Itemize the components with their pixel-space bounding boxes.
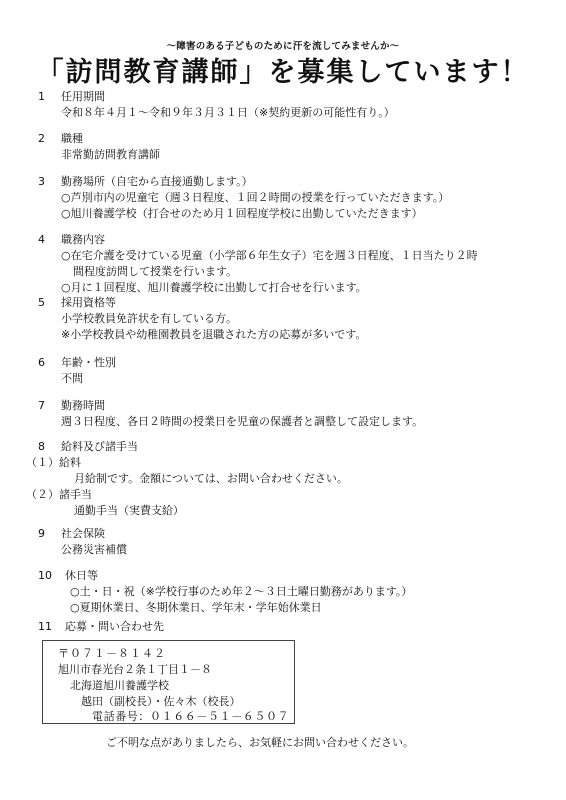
section-heading: 勤務場所（自宅から直接通勤します。） [61, 174, 253, 190]
section-text: ○在宅介護を受けている児童（小学部６年生女子）宅を週３日程度、１日当たり２時 [61, 248, 478, 264]
subitem-label: （２）諸手当 [26, 487, 92, 503]
section-number: 10 [38, 568, 60, 584]
section-heading: 勤務時間 [61, 398, 105, 414]
footer-note: ご不明な点がありましたら、お気軽にお問い合わせください。 [106, 734, 414, 750]
section-heading: 年齢・性別 [61, 355, 116, 371]
section-number: 1 [38, 89, 60, 105]
section-heading: 休日等 [65, 568, 98, 584]
section-text: ○土・日・祝（※学校行事のため年２～３日土曜日勤務があります。） [70, 584, 412, 600]
section-number: 5 [38, 295, 60, 311]
section-number: 7 [38, 398, 60, 414]
subitem-label: （１）給料 [26, 455, 81, 471]
section-number: 3 [38, 174, 60, 190]
section-number: 4 [38, 232, 60, 248]
section-heading: 職務内容 [61, 232, 105, 248]
section-text: 非常勤訪問教育講師 [61, 147, 160, 163]
section-number: 11 [38, 619, 60, 635]
section-heading: 職種 [61, 131, 83, 147]
section-text: ○夏期休業日、冬期休業日、学年末・学年始休業日 [70, 600, 412, 616]
section-text: 令和８年４月１～令和９年３月３１日（※契約更新の可能性有り。） [61, 105, 395, 121]
section-heading: 社会保険 [61, 526, 105, 542]
section-heading: 採用資格等 [61, 295, 116, 311]
address: 旭川市春光台２条１丁目１－８ [58, 662, 212, 678]
page-title: 「訪問教育講師」を募集しています！ [0, 50, 566, 89]
section-heading: 任用期間 [61, 89, 105, 105]
subitem-text: 月給制です。金額については、お問い合わせください。 [74, 471, 348, 487]
school-name: 北海道旭川養護学校 [70, 678, 169, 694]
section-text: 公務災害補償 [61, 542, 127, 558]
section-text: ○月に１回程度、旭川養護学校に出勤して打合せを行います。 [61, 280, 478, 296]
section-text: 小学校教員免許状を有している方。 [61, 311, 366, 327]
section-number: 9 [38, 526, 60, 542]
section-text: 週３日程度、各日２時間の授業日を児童の保護者と調整して設定します。 [61, 414, 423, 430]
section-text: ※小学校教員や幼稚園教員を退職された方の応募が多いです。 [61, 327, 366, 343]
section-text: ○旭川養護学校（打合せのため月１回程度学校に出勤していただきます） [61, 206, 449, 222]
contact-persons: 越田（副校長）・佐々木（校長） [81, 694, 241, 710]
section-text: 間程度訪問して授業を行います。 [61, 264, 478, 280]
postal-code: 〒０７１－８１４２ [58, 646, 166, 662]
section-number: 6 [38, 355, 60, 371]
section-text: ○芦別市内の児童宅（週３日程度、１回２時間の授業を行っていただきます。） [61, 190, 449, 206]
section-number: 2 [38, 131, 60, 147]
contact-box: 〒０７１－８１４２ 旭川市春光台２条１丁目１－８ 北海道旭川養護学校 越田（副校… [42, 640, 295, 724]
subitem-text: 通勤手当（実費支給） [74, 503, 184, 519]
section-text: 不問 [61, 371, 83, 387]
phone-number[interactable]: 電話番号：０１６６－５１－６５０７ [92, 709, 289, 725]
section-heading: 応募・問い合わせ先 [65, 619, 164, 635]
section-number: 8 [38, 439, 60, 455]
section-heading: 給料及び諸手当 [61, 439, 138, 455]
